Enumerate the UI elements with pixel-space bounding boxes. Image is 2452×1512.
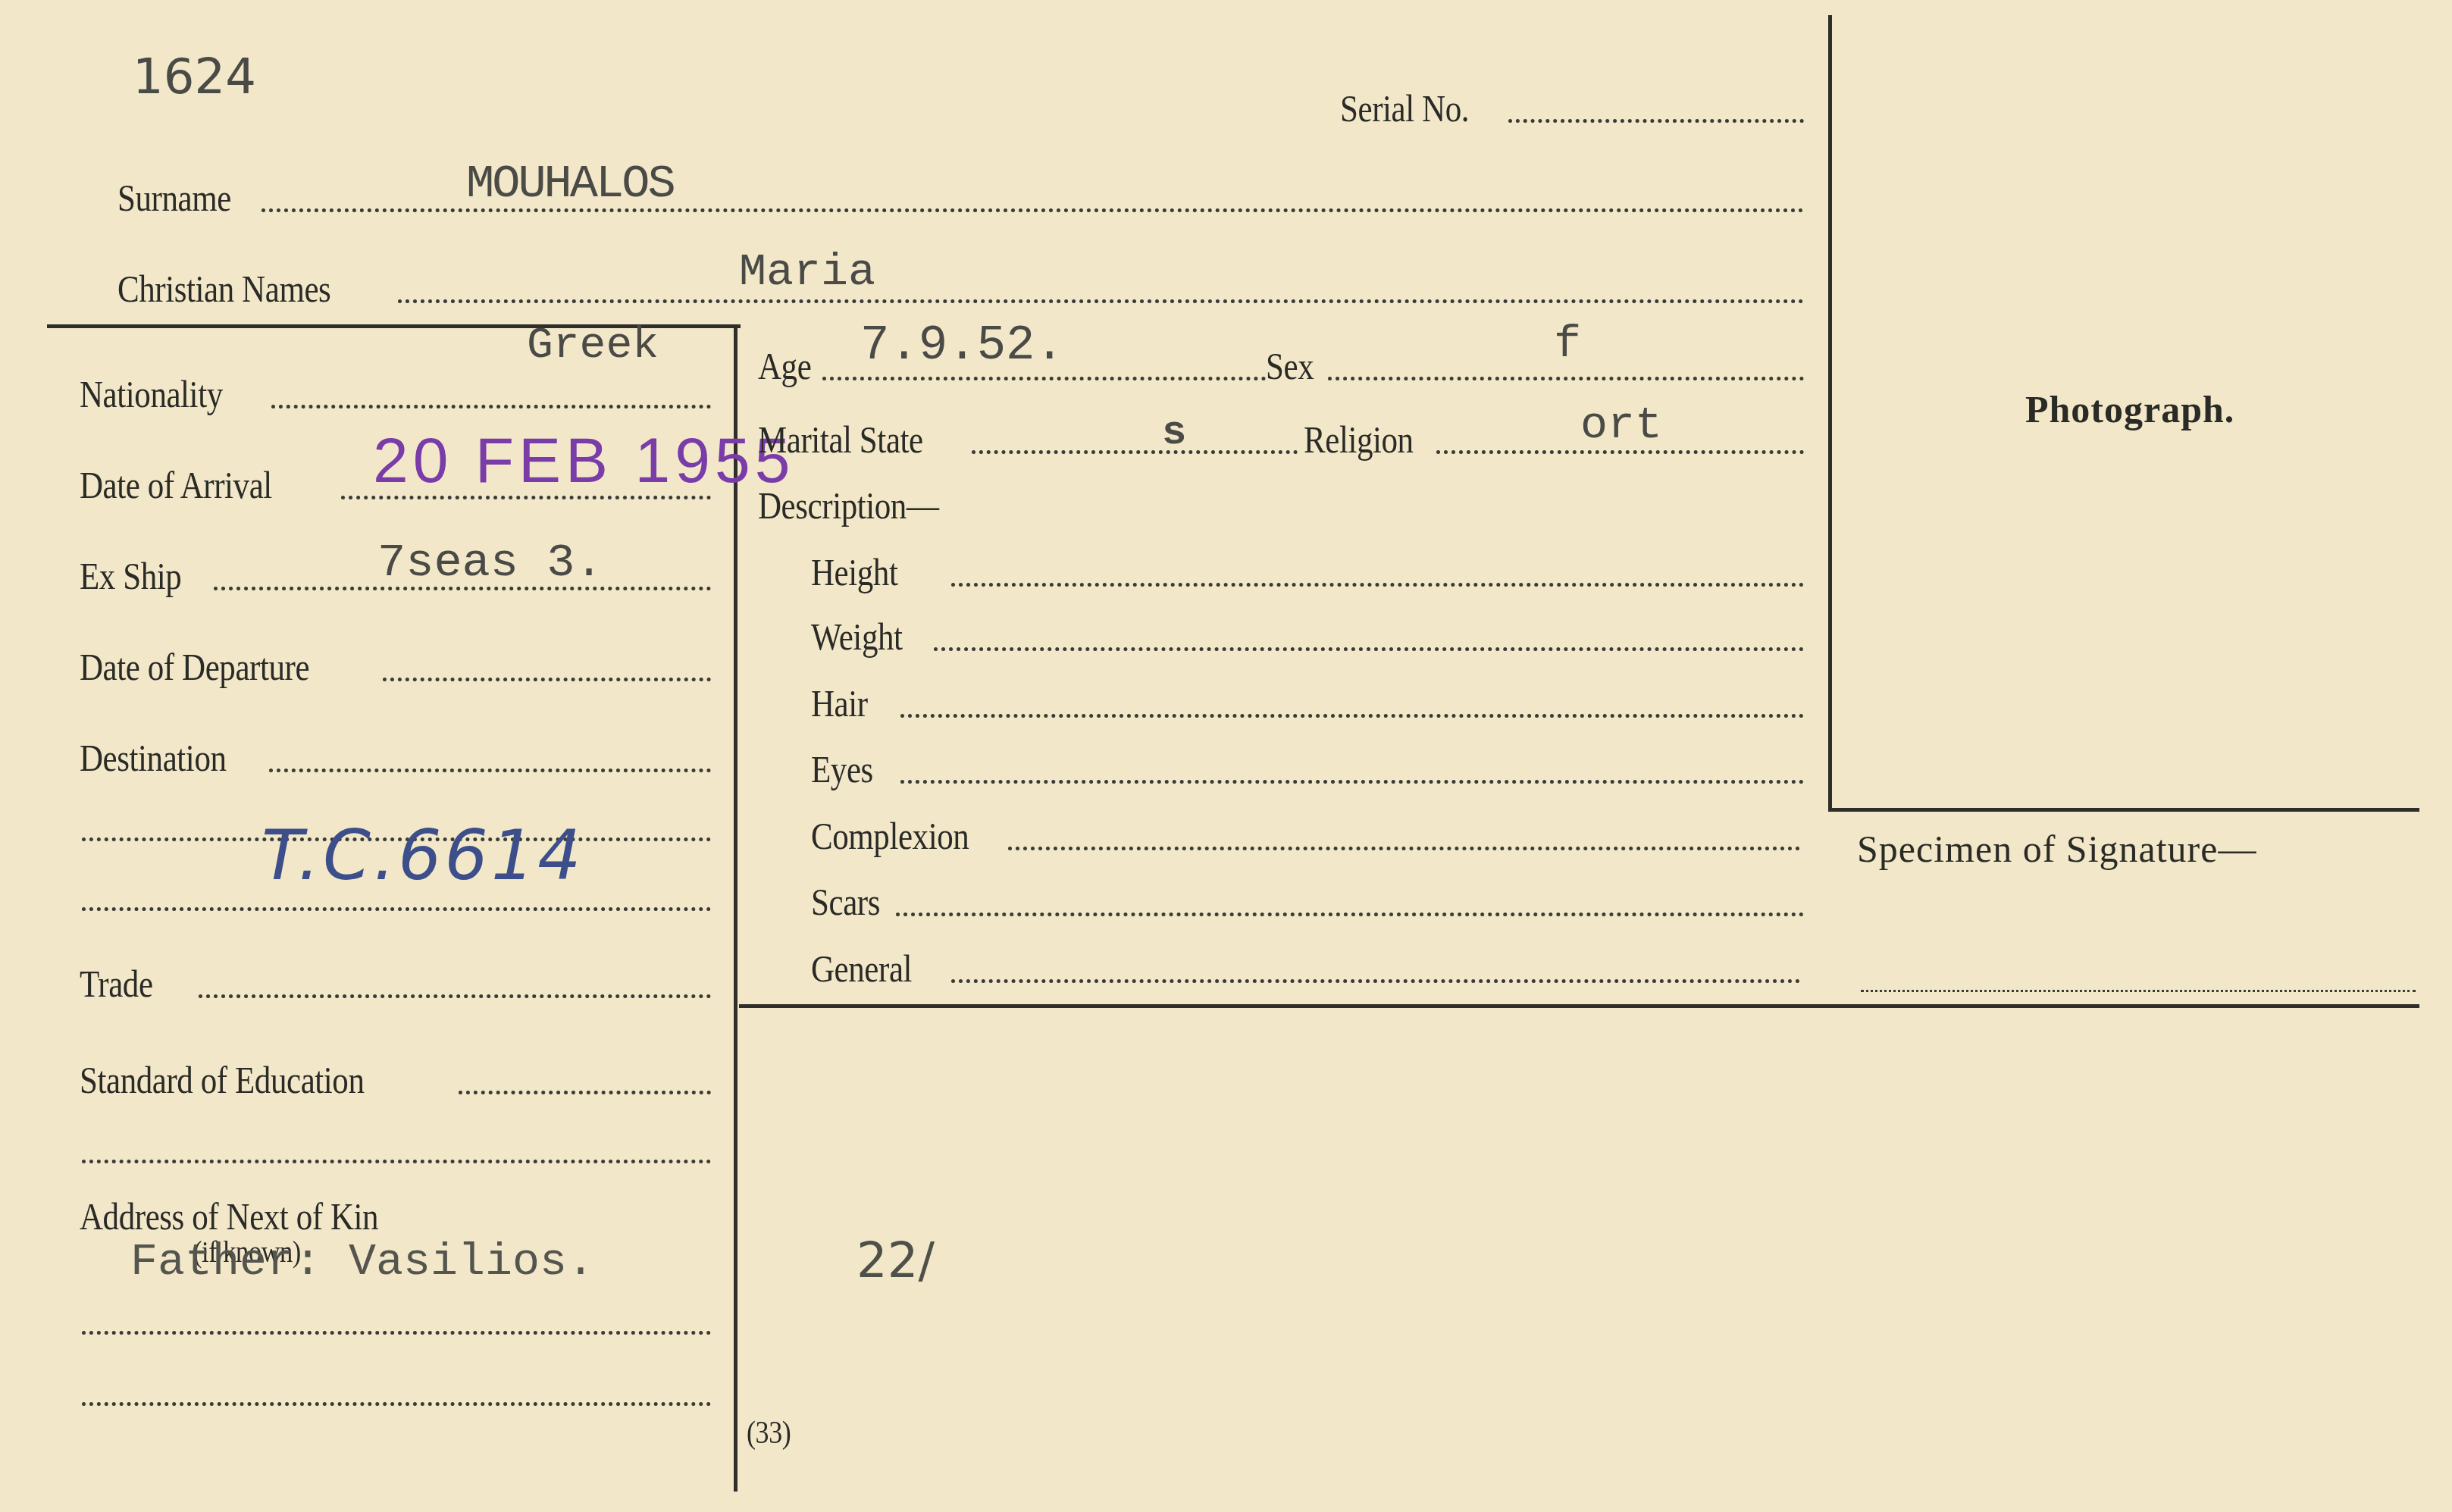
trade-field[interactable] xyxy=(199,994,711,998)
destination-field-line-3 xyxy=(82,907,711,911)
scars-label: Scars xyxy=(811,883,880,921)
signature-field[interactable] xyxy=(1861,990,2416,992)
immigration-record-card: 1624 Serial No. Surname MOUHALOS Christi… xyxy=(0,0,2452,1512)
ex-ship-label: Ex Ship xyxy=(80,557,181,595)
hair-field[interactable] xyxy=(900,714,1804,718)
serial-no-label: Serial No. xyxy=(1340,89,1469,127)
destination-field[interactable] xyxy=(269,769,711,772)
destination-label: Destination xyxy=(80,739,227,777)
marital-state-label: Marital State xyxy=(758,421,923,459)
age-value[interactable]: 7.9.52. xyxy=(860,322,1064,371)
form-code: (33) xyxy=(747,1417,791,1449)
age-field-line xyxy=(822,377,1266,380)
surname-value[interactable]: MOUHALOS xyxy=(466,161,674,208)
hair-label: Hair xyxy=(811,684,868,722)
christian-names-field-line xyxy=(398,299,1804,303)
height-label: Height xyxy=(811,553,897,591)
sex-field-line xyxy=(1328,377,1804,380)
general-label: General xyxy=(811,950,912,988)
weight-field[interactable] xyxy=(934,647,1804,651)
ex-ship-value[interactable]: 7seas 3. xyxy=(377,540,603,587)
date-of-departure-field[interactable] xyxy=(383,678,711,681)
christian-names-label: Christian Names xyxy=(117,270,330,308)
nationality-value[interactable]: Greek xyxy=(527,324,659,368)
education-field-line-2 xyxy=(82,1160,711,1163)
sex-label: Sex xyxy=(1266,347,1314,385)
religion-value[interactable]: ort xyxy=(1580,403,1662,449)
date-of-arrival-field-line xyxy=(341,496,711,499)
signature-label: Specimen of Signature— xyxy=(1857,830,2256,868)
sex-value[interactable]: f xyxy=(1554,322,1581,368)
destination-handwritten-note: T.C.6614 xyxy=(261,822,584,891)
left-column-divider xyxy=(734,324,737,1492)
description-label: Description— xyxy=(758,487,938,524)
next-of-kin-field-line-2 xyxy=(82,1331,711,1335)
general-field[interactable] xyxy=(951,979,1800,983)
scars-field[interactable] xyxy=(896,913,1804,916)
date-of-departure-label: Date of Departure xyxy=(80,648,309,686)
education-field[interactable] xyxy=(459,1091,711,1094)
eyes-field[interactable] xyxy=(900,780,1804,784)
photo-box-bottom-rule xyxy=(1828,808,2419,812)
photograph-label: Photograph. xyxy=(2025,390,2234,428)
education-label: Standard of Education xyxy=(80,1061,364,1099)
card-number: 1624 xyxy=(133,53,256,102)
marital-state-field-line xyxy=(972,450,1298,454)
age-label: Age xyxy=(758,347,811,385)
date-of-arrival-label: Date of Arrival xyxy=(80,466,272,504)
trade-label: Trade xyxy=(80,965,153,1003)
complexion-field[interactable] xyxy=(1008,847,1800,850)
weight-label: Weight xyxy=(811,618,903,656)
description-bottom-rule xyxy=(739,1004,2419,1008)
nationality-label: Nationality xyxy=(80,375,223,413)
christian-names-value[interactable]: Maria xyxy=(739,250,875,296)
complexion-label: Complexion xyxy=(811,817,969,855)
serial-no-field[interactable] xyxy=(1508,119,1804,123)
height-field[interactable] xyxy=(951,583,1804,587)
next-of-kin-field-line-3 xyxy=(82,1402,711,1406)
photo-box-left-rule xyxy=(1828,15,1832,811)
religion-label: Religion xyxy=(1304,421,1414,459)
nationality-field-line xyxy=(271,405,711,409)
pencil-note: 22/ xyxy=(856,1237,935,1285)
ex-ship-field-line xyxy=(214,587,711,590)
surname-label: Surname xyxy=(117,179,231,217)
next-of-kin-value[interactable]: Father: Vasilios. xyxy=(130,1240,594,1285)
next-of-kin-label: Address of Next of Kin xyxy=(80,1197,378,1235)
marital-state-value[interactable]: s xyxy=(1162,413,1186,454)
eyes-label: Eyes xyxy=(811,750,873,788)
date-of-arrival-stamp[interactable]: 20 FEB 1955 xyxy=(373,428,794,492)
